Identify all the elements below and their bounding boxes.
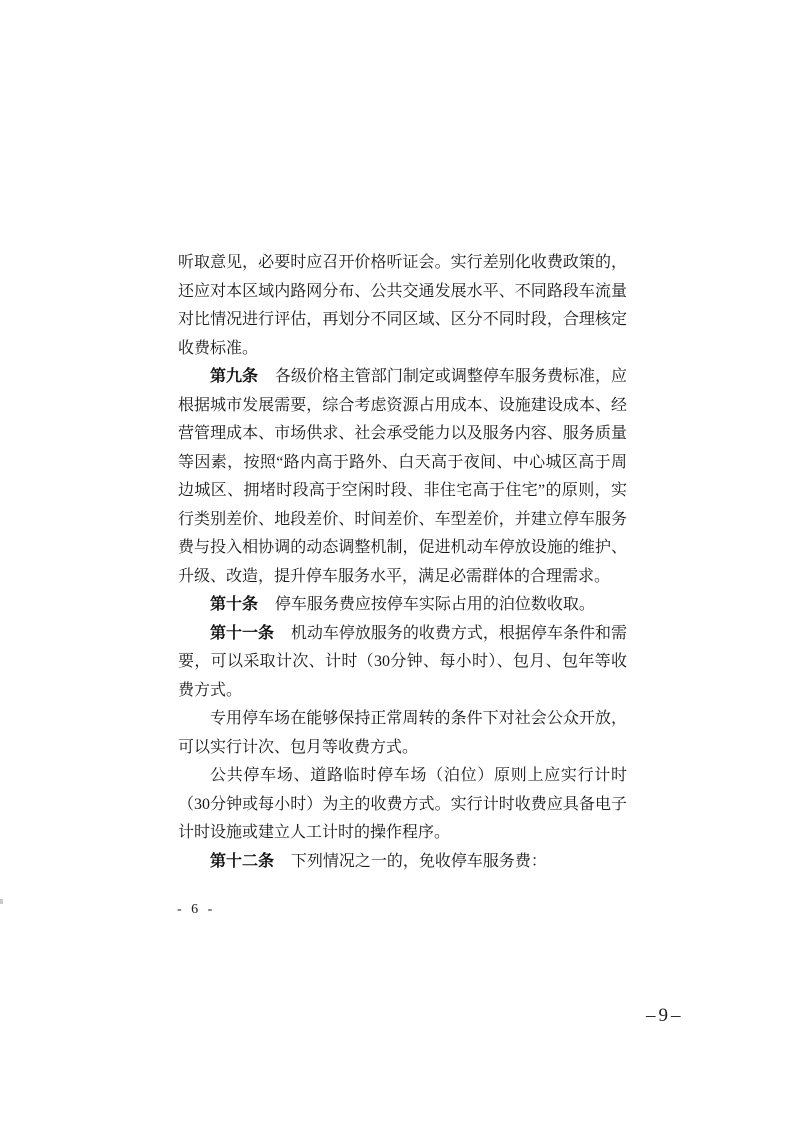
paragraph-article-10: 第十条停车服务费应按停车实际占用的泊位数收取。: [178, 591, 627, 620]
paragraph-text: 公共停车场、道路临时停车场（泊位）原则上应实行计时（30分钟或每小时）为主的收费…: [178, 767, 627, 841]
page-number-inner: - 6 -: [177, 902, 215, 918]
paragraph-text: 下列情况之一的，免收停车服务费：: [291, 853, 547, 870]
scan-artifact-mark: [0, 899, 3, 904]
document-body: 听取意见，必要时应召开价格听证会。实行差别化收费政策的，还应对本区域内路网分布、…: [178, 249, 627, 876]
paragraph-text: 专用停车场在能够保持正常周转的条件下对社会公众开放，可以实行计次、包月等收费方式…: [178, 710, 627, 756]
paragraph-continuation: 听取意见，必要时应召开价格听证会。实行差别化收费政策的，还应对本区域内路网分布、…: [178, 249, 627, 363]
article-number: 第十一条: [210, 625, 274, 642]
article-number: 第十二条: [210, 853, 274, 870]
paragraph-article-11: 第十一条机动车停放服务的收费方式，根据停车条件和需要，可以采取计次、计时（30分…: [178, 620, 627, 706]
paragraph-text: 听取意见，必要时应召开价格听证会。实行差别化收费政策的，还应对本区域内路网分布、…: [178, 254, 627, 357]
paragraph-public-lots: 公共停车场、道路临时停车场（泊位）原则上应实行计时（30分钟或每小时）为主的收费…: [178, 762, 627, 848]
paragraph-text: 各级价格主管部门制定或调整停车服务费标准，应根据城市发展需要，综合考虑资源占用成…: [178, 368, 627, 585]
page-number-outer: –9–: [646, 1005, 684, 1027]
paragraph-article-9: 第九条各级价格主管部门制定或调整停车服务费标准，应根据城市发展需要，综合考虑资源…: [178, 363, 627, 591]
document-page: 听取意见，必要时应召开价格听证会。实行差别化收费政策的，还应对本区域内路网分布、…: [0, 0, 793, 1122]
paragraph-dedicated-lots: 专用停车场在能够保持正常周转的条件下对社会公众开放，可以实行计次、包月等收费方式…: [178, 705, 627, 762]
article-number: 第九条: [210, 368, 258, 385]
paragraph-text: 停车服务费应按停车实际占用的泊位数收取。: [275, 596, 595, 613]
article-number: 第十条: [210, 596, 258, 613]
paragraph-article-12: 第十二条下列情况之一的，免收停车服务费：: [178, 848, 627, 877]
